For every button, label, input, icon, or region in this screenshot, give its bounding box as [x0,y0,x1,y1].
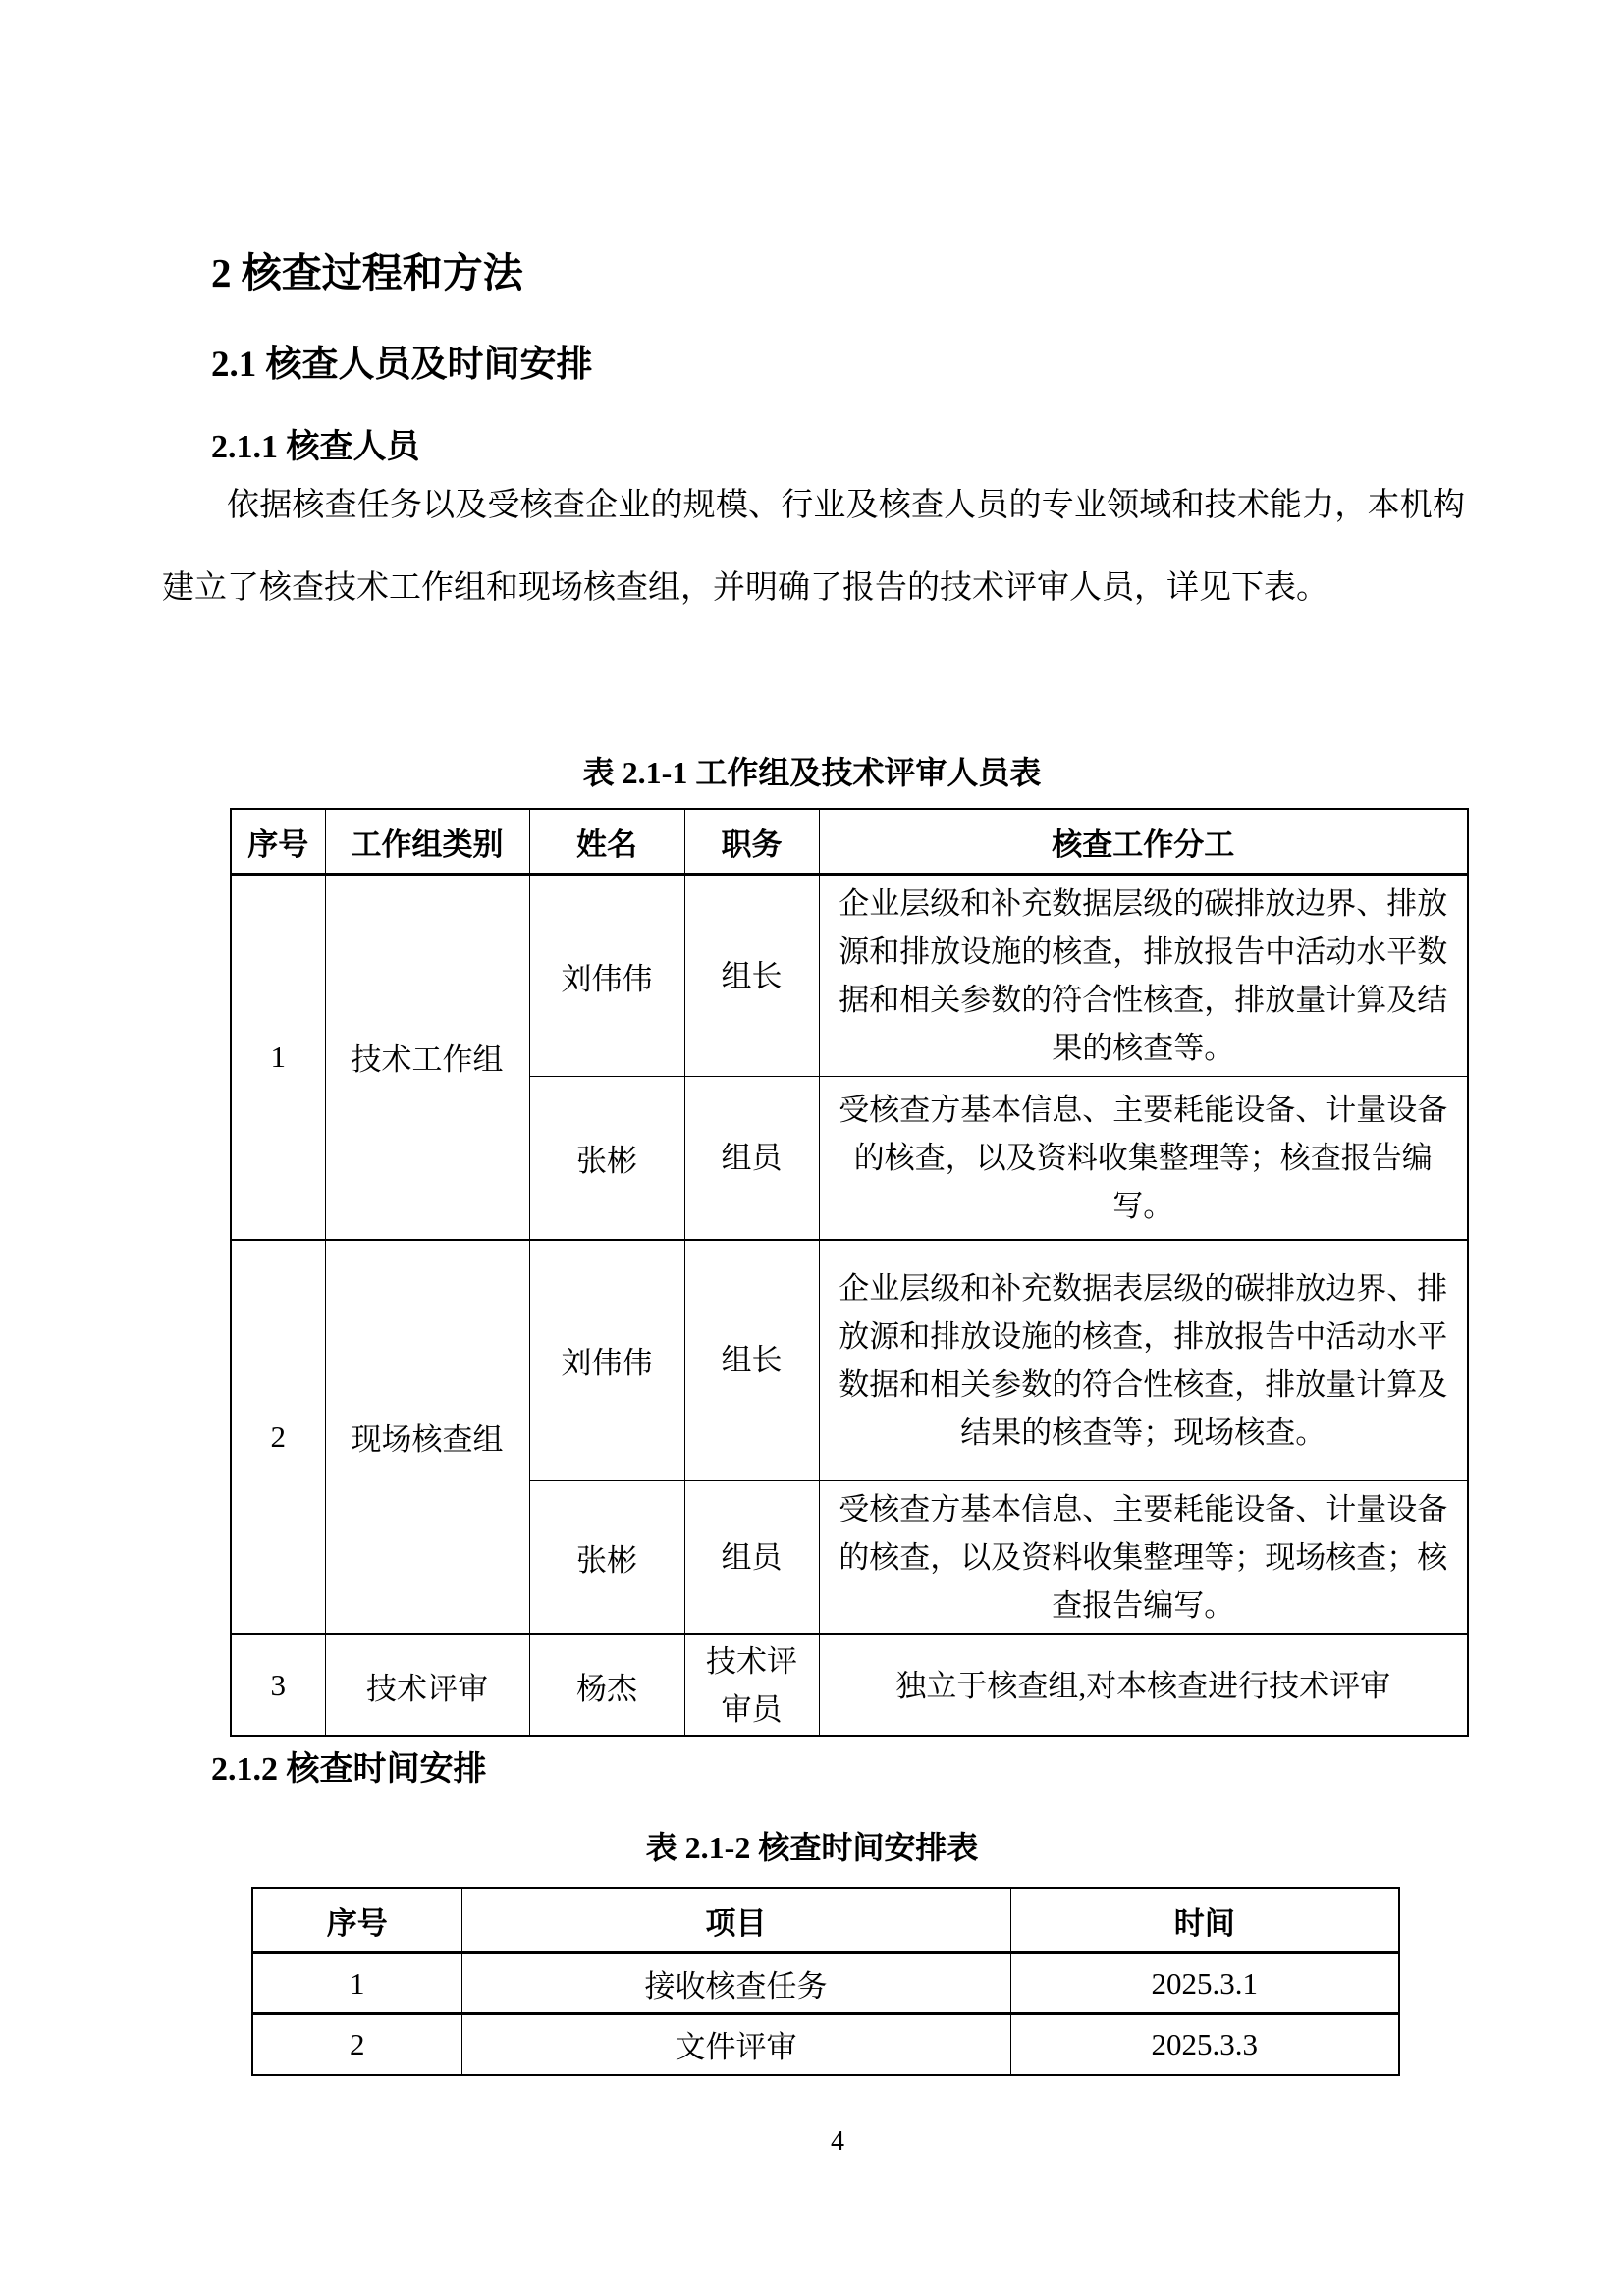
table-row: 2 文件评审 2025.3.3 [252,2014,1399,2075]
cell-role: 组员 [684,1481,819,1635]
cell-name: 杨杰 [529,1634,684,1736]
col-header-seq: 序号 [231,809,325,875]
col-header-seq: 序号 [252,1888,461,1953]
cell-time: 2025.3.1 [1010,1953,1399,2014]
col-header-role: 职务 [684,809,819,875]
table-row: 1 技术工作组 刘伟伟 组长 企业层级和补充数据层级的碳排放边界、排放源和排放设… [231,875,1468,1077]
cell-duty: 受核查方基本信息、主要耗能设备、计量设备的核查，以及资料收集整理等；核查报告编写… [819,1077,1468,1240]
cell-seq: 2 [231,1240,325,1635]
body-paragraph: 依据核查任务以及受核查企业的规模、行业及核查人员的专业领域和技术能力，本机构建立… [162,464,1465,629]
cell-seq: 1 [252,1953,461,2014]
cell-role: 组员 [684,1077,819,1240]
cell-seq: 2 [252,2014,461,2075]
cell-role: 技术评审员 [684,1634,819,1736]
page-number: 4 [831,2126,844,2158]
col-header-duty: 核查工作分工 [819,809,1468,875]
section-heading-2-1: 2.1 核查人员及时间安排 [211,334,593,387]
cell-role: 组长 [684,1240,819,1481]
cell-name: 刘伟伟 [529,875,684,1077]
section-heading-2-1-2: 2.1.2 核查时间安排 [211,1741,487,1789]
section-heading-2: 2 核查过程和方法 [211,240,523,298]
cell-name: 张彬 [529,1481,684,1635]
table-row: 2 现场核查组 刘伟伟 组长 企业层级和补充数据表层级的碳排放边界、排放源和排放… [231,1240,1468,1481]
col-header-group-type: 工作组类别 [325,809,529,875]
cell-seq: 1 [231,875,325,1240]
col-header-time: 时间 [1010,1888,1399,1953]
cell-group-type: 技术评审 [325,1634,529,1736]
work-group-table-header-row: 序号 工作组类别 姓名 职务 核查工作分工 [231,809,1468,875]
cell-group-type: 现场核查组 [325,1240,529,1635]
section-heading-2-1-1: 2.1.1 核查人员 [211,419,420,467]
cell-duty: 企业层级和补充数据表层级的碳排放边界、排放源和排放设施的核查，排放报告中活动水平… [819,1240,1468,1481]
cell-duty: 受核查方基本信息、主要耗能设备、计量设备的核查，以及资料收集整理等；现场核查；核… [819,1481,1468,1635]
col-header-item: 项目 [461,1888,1010,1953]
cell-item: 文件评审 [461,2014,1010,2075]
schedule-table: 序号 项目 时间 1 接收核查任务 2025.3.1 2 文件评审 2025.3… [251,1887,1400,2076]
cell-name: 刘伟伟 [529,1240,684,1481]
cell-seq: 3 [231,1634,325,1736]
cell-group-type: 技术工作组 [325,875,529,1240]
table-1-title: 表 2.1-1 工作组及技术评审人员表 [0,748,1624,793]
cell-time: 2025.3.3 [1010,2014,1399,2075]
table-row: 3 技术评审 杨杰 技术评审员 独立于核查组,对本核查进行技术评审 [231,1634,1468,1736]
cell-role: 组长 [684,875,819,1077]
cell-name: 张彬 [529,1077,684,1240]
cell-item: 接收核查任务 [461,1953,1010,2014]
col-header-name: 姓名 [529,809,684,875]
schedule-table-header-row: 序号 项目 时间 [252,1888,1399,1953]
table-2-title: 表 2.1-2 核查时间安排表 [0,1823,1624,1868]
table-row: 1 接收核查任务 2025.3.1 [252,1953,1399,2014]
cell-duty: 独立于核查组,对本核查进行技术评审 [819,1634,1468,1736]
document-page: 2 核查过程和方法 2.1 核查人员及时间安排 2.1.1 核查人员 依据核查任… [0,0,1624,2296]
work-group-table: 序号 工作组类别 姓名 职务 核查工作分工 1 技术工作组 刘伟伟 组长 企业层… [230,808,1469,1737]
cell-duty: 企业层级和补充数据层级的碳排放边界、排放源和排放设施的核查，排放报告中活动水平数… [819,875,1468,1077]
